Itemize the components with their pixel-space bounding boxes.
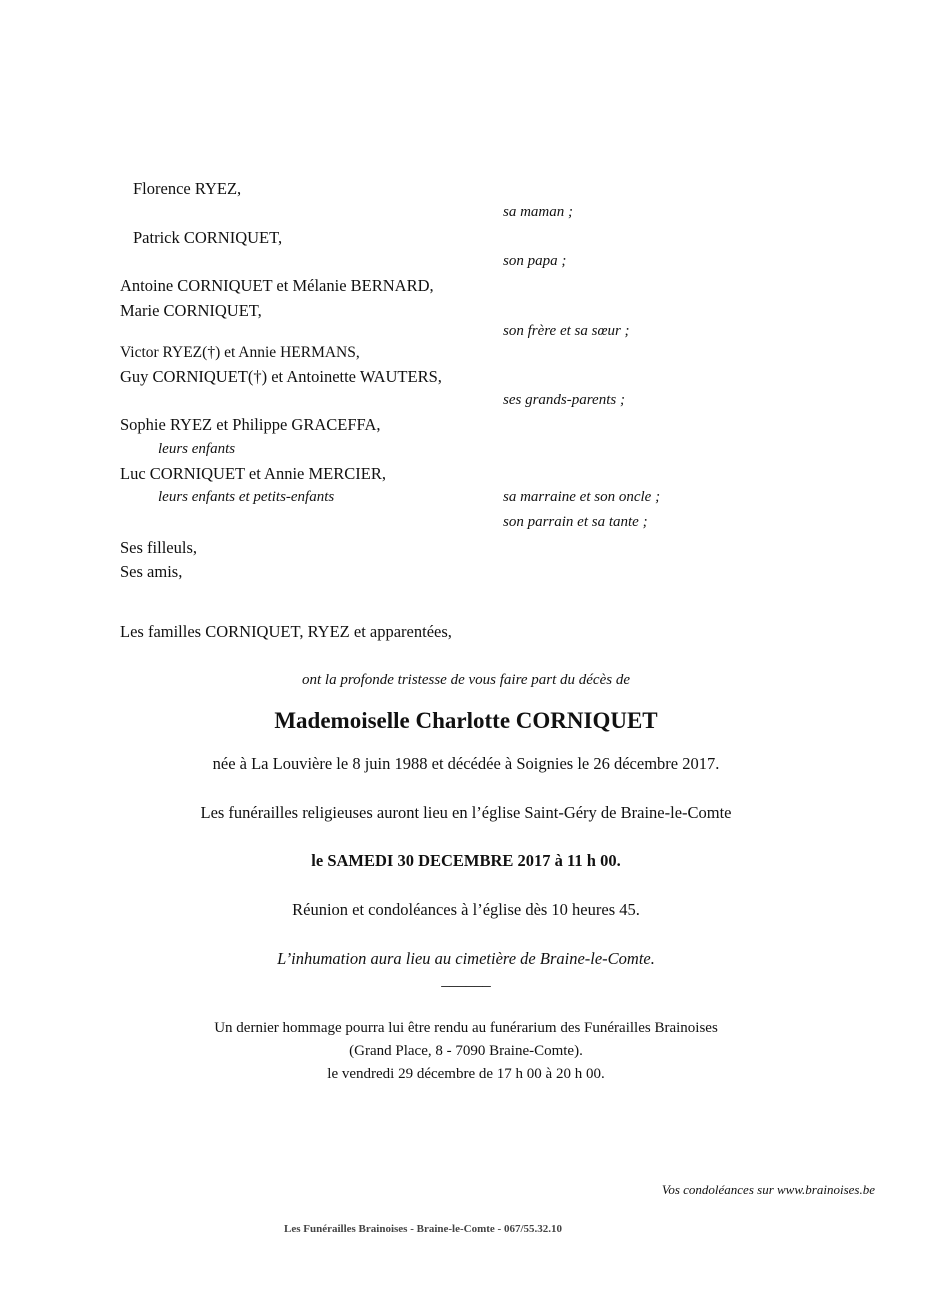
deceased-name: Mademoiselle Charlotte CORNIQUET xyxy=(0,708,932,734)
family-line: Antoine CORNIQUET et Mélanie BERNARD, xyxy=(120,276,434,296)
family-line: Marie CORNIQUET, xyxy=(120,301,262,321)
family-line: Ses filleuls, xyxy=(120,538,197,558)
birth-death-line: née à La Louvière le 8 juin 1988 et décé… xyxy=(0,754,932,774)
family-line: Victor RYEZ(†) et Annie HERMANS, xyxy=(120,344,360,362)
relation-label: son papa ; xyxy=(503,253,566,270)
ceremony-date: le SAMEDI 30 DECEMBRE 2017 à 11 h 00. xyxy=(0,851,932,871)
meeting-line: Réunion et condoléances à l’église dès 1… xyxy=(0,900,932,920)
condolences-link[interactable]: Vos condoléances sur www.brainoises.be xyxy=(662,1182,875,1198)
family-line: Luc CORNIQUET et Annie MERCIER, xyxy=(120,464,386,484)
relation-label: ses grands-parents ; xyxy=(503,392,625,409)
tribute-line: Un dernier hommage pourra lui être rendu… xyxy=(0,1020,932,1037)
separator: ______ xyxy=(0,970,932,990)
relation-label: son parrain et sa tante ; xyxy=(503,514,648,531)
family-line: Guy CORNIQUET(†) et Antoinette WAUTERS, xyxy=(120,367,442,387)
family-subline: leurs enfants et petits-enfants xyxy=(158,489,334,506)
tribute-time: le vendredi 29 décembre de 17 h 00 à 20 … xyxy=(0,1066,932,1083)
families-line: Les familles CORNIQUET, RYEZ et apparent… xyxy=(120,622,452,642)
family-line: Patrick CORNIQUET, xyxy=(133,228,282,248)
announcement-intro: ont la profonde tristesse de vous faire … xyxy=(0,672,932,689)
relation-label: sa marraine et son oncle ; xyxy=(503,489,660,506)
relation-label: son frère et sa sœur ; xyxy=(503,323,630,340)
family-line: Sophie RYEZ et Philippe GRACEFFA, xyxy=(120,415,381,435)
family-line: Florence RYEZ, xyxy=(133,179,241,199)
relation-label: sa maman ; xyxy=(503,204,573,221)
footer: Les Funérailles Brainoises - Braine-le-C… xyxy=(284,1223,562,1235)
burial-line: L’inhumation aura lieu au cimetière de B… xyxy=(0,949,932,969)
ceremony-line: Les funérailles religieuses auront lieu … xyxy=(0,803,932,823)
family-subline: leurs enfants xyxy=(158,441,235,458)
tribute-address: (Grand Place, 8 - 7090 Braine-Comte). xyxy=(0,1043,932,1060)
family-line: Ses amis, xyxy=(120,562,182,582)
